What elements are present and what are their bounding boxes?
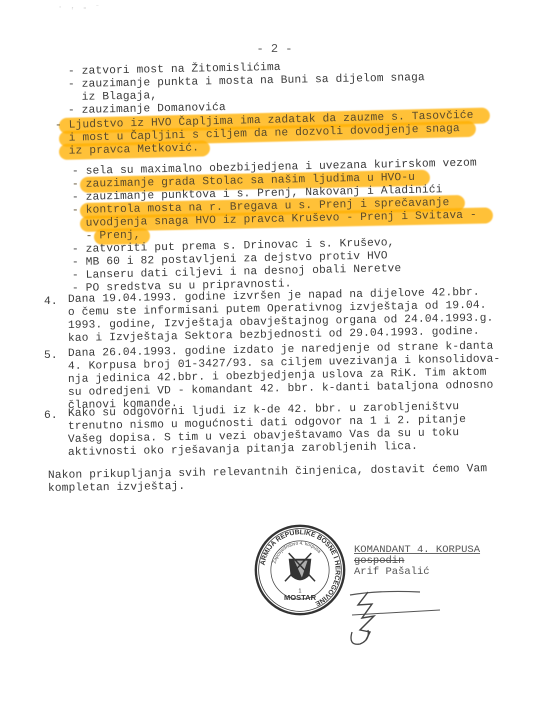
official-stamp: ARMIJA REPUBLIKE BOSNE I HERCEGOVINE Zap… xyxy=(253,523,347,617)
coat-of-arms-icon xyxy=(285,553,315,581)
scan-artifact: · ᵣ ₌ ⁻ xyxy=(58,3,101,12)
item-number: 6. xyxy=(44,410,58,423)
item-number: 5. xyxy=(44,350,58,363)
closing-line: Nakon prikupljanja svih relevantnih činj… xyxy=(48,463,487,483)
item-number: 4. xyxy=(44,296,58,309)
page-number: - 2 - xyxy=(0,42,549,56)
document-page: · ᵣ ₌ ⁻ - 2 - - zatvori most na Žitomisl… xyxy=(0,0,549,716)
closing-line: kompletan izvještaj. xyxy=(48,481,185,496)
handwritten-signature xyxy=(340,570,460,650)
stamp-city: MOSTAR xyxy=(284,593,317,602)
